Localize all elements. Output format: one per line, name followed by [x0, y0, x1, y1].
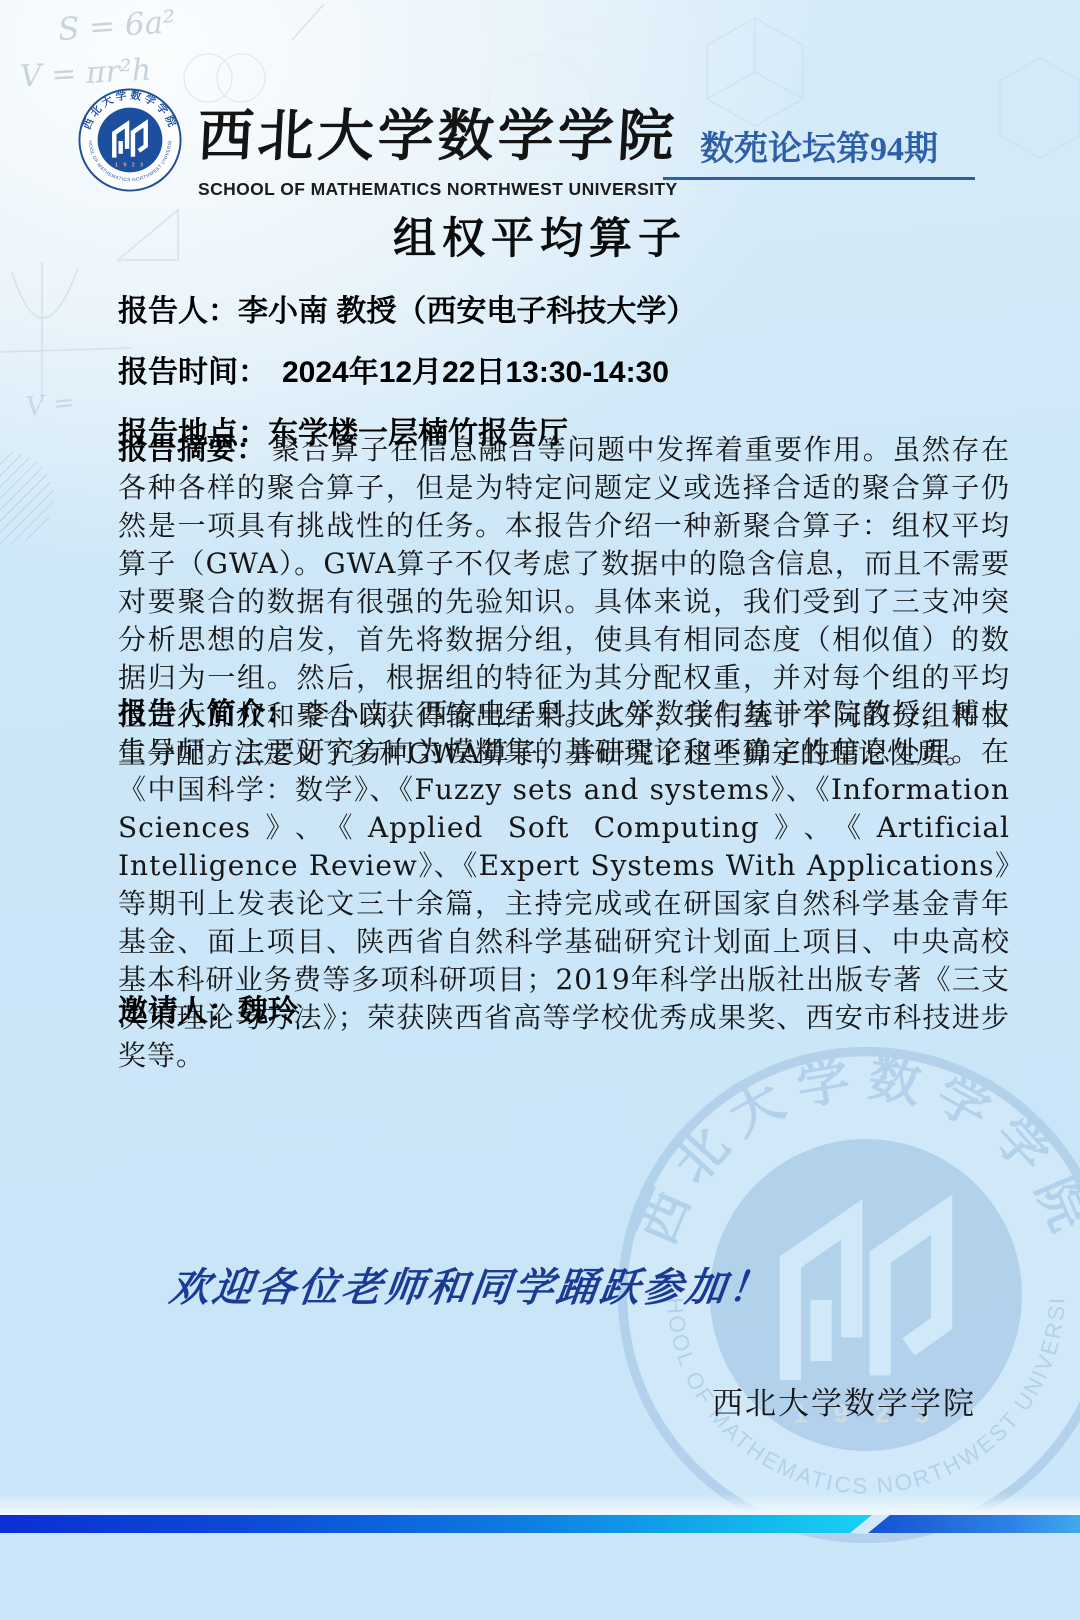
- seminar-poster: 西北大学数学学院 SCHOOL OF MATHEMATICS NORTHWEST…: [0, 0, 1080, 1620]
- background-formula: S = 6a²: [57, 4, 177, 48]
- time-value: 2024年12月22日13:30-14:30: [282, 356, 669, 389]
- school-name-block: 西北大学数学学院 SCHOOL OF MATHEMATICS NORTHWEST…: [198, 92, 678, 200]
- speaker-row: 报告人：李小南 教授（西安电子科技大学）: [118, 286, 1018, 330]
- school-name-chinese: 西北大学数学学院: [196, 92, 680, 172]
- school-logo-seal: [76, 86, 184, 194]
- stripe-left-segment: [0, 1515, 872, 1533]
- stripe-right-segment: [868, 1515, 1080, 1533]
- bottom-stripe: [0, 1515, 1080, 1533]
- welcome-calligraphy: 欢迎各位老师和同学踊跃参加！: [167, 1256, 776, 1313]
- abstract-label: 报告摘要：: [118, 434, 266, 466]
- organizer-signature: 西北大学数学学院: [712, 1378, 976, 1423]
- speaker-value: 李小南 教授（西安电子科技大学）: [238, 295, 696, 328]
- inviter-row: 邀请人：魏玲: [118, 986, 298, 1030]
- time-label: 报告时间：: [118, 356, 268, 389]
- bio-label: 报告人简介：: [118, 698, 295, 730]
- time-row: 报告时间：2024年12月22日13:30-14:30: [118, 347, 1018, 391]
- school-name-english: SCHOOL OF MATHEMATICS NORTHWEST UNIVERSI…: [198, 179, 678, 200]
- speaker-label: 报告人：: [118, 295, 238, 328]
- forum-issue-badge: 数苑论坛第94期: [663, 121, 975, 180]
- talk-title: 组权平均算子: [0, 205, 1080, 266]
- background-formula: V =: [25, 388, 77, 423]
- stripe-highlight-band: [0, 1493, 1080, 1515]
- inviter-label: 邀请人：: [118, 995, 238, 1028]
- inviter-value: 魏玲: [238, 995, 298, 1028]
